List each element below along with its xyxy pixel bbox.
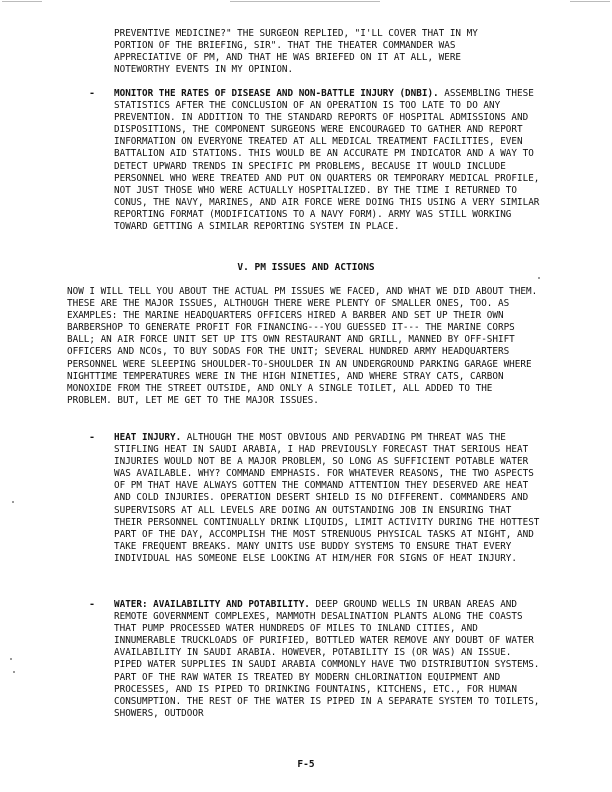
- bullet-heat-body: ALTHOUGH THE MOST OBVIOUS AND PERVADING …: [114, 432, 539, 564]
- bullet-dnbi-title: MONITOR THE RATES OF DISEASE AND NON-BAT…: [114, 88, 439, 99]
- bullet-marker: -: [89, 88, 95, 99]
- scan-speck: [13, 671, 15, 673]
- bullet-marker: -: [89, 599, 95, 610]
- bullet-heat-text: HEAT INJURY. ALTHOUGH THE MOST OBVIOUS A…: [114, 432, 544, 565]
- bullet-water-text: WATER: AVAILABILITY AND POTABILITY. DEEP…: [114, 599, 542, 720]
- page-number: F-5: [0, 759, 612, 770]
- bullet-dnbi-body: ASSEMBLING THESE STATISTICS AFTER THE CO…: [114, 88, 539, 232]
- bullet-marker: -: [89, 432, 95, 443]
- scan-speck: [12, 501, 14, 503]
- section-paragraph: NOW I WILL TELL YOU ABOUT THE ACTUAL PM …: [67, 286, 542, 407]
- intro-paragraph: PREVENTIVE MEDICINE?" THE SURGEON REPLIE…: [114, 28, 509, 76]
- bullet-water-body: DEEP GROUND WELLS IN URBAN AREAS AND REM…: [114, 599, 539, 719]
- bullet-water-title: WATER: AVAILABILITY AND POTABILITY.: [114, 599, 310, 610]
- bullet-heat-title: HEAT INJURY.: [114, 432, 181, 443]
- section-heading: V. PM ISSUES AND ACTIONS: [0, 262, 612, 273]
- scan-speck: [538, 277, 540, 279]
- scan-speck: [10, 658, 12, 660]
- document-page: PREVENTIVE MEDICINE?" THE SURGEON REPLIE…: [0, 0, 612, 792]
- bullet-dnbi-text: MONITOR THE RATES OF DISEASE AND NON-BAT…: [114, 88, 542, 233]
